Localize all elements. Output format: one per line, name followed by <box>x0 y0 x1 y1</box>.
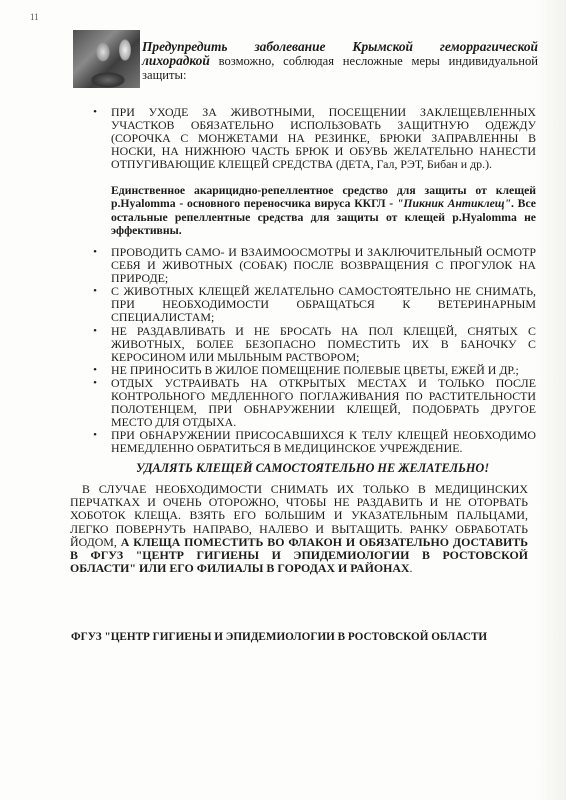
protection-list-2: •ПРОВОДИТЬ САМО- И ВЗАИМООСМОТРЫ И ЗАКЛЮ… <box>90 246 536 456</box>
organization-footer: ФГУЗ "ЦЕНТР ГИГИЕНЫ И ЭПИДЕМИОЛОГИИ В РО… <box>71 631 487 643</box>
repellent-note: Единственное акарицидно-репеллентное сре… <box>111 184 536 238</box>
warning-heading: УДАЛЯТЬ КЛЕЩЕЙ САМОСТОЯТЕЛЬНО НЕ ЖЕЛАТЕЛ… <box>136 461 456 476</box>
product-name: "Пикник Антиклещ" <box>397 197 511 210</box>
bullet-icon: • <box>90 106 100 119</box>
list-item: •С ЖИВОТНЫХ КЛЕЩЕЙ ЖЕЛАТЕЛЬНО САМОСТОЯТЕ… <box>90 285 536 324</box>
delivery-instructions: А КЛЕЩА ПОМЕСТИТЬ ВО ФЛАКОН И ОБЯЗАТЕЛЬН… <box>70 535 528 575</box>
document-page: 11 Предупредить заболевание Крымской гем… <box>0 0 566 800</box>
list-item: •НЕ РАЗДАВЛИВАТЬ И НЕ БРОСАТЬ НА ПОЛ КЛЕ… <box>90 325 536 364</box>
scan-edge-shading <box>536 0 566 800</box>
list-item: •ПРИ ОБНАРУЖЕНИИ ПРИСОСАВШИХСЯ К ТЕЛУ КЛ… <box>90 429 536 455</box>
bullet-icon: • <box>90 377 100 390</box>
bullet-icon: • <box>90 364 100 377</box>
list-item: •ПРИ УХОДЕ ЗА ЖИВОТНЫМИ, ПОСЕЩЕНИИ ЗАКЛЕ… <box>90 106 536 171</box>
corner-mark: 11 <box>30 12 39 22</box>
list-item: •ПРОВОДИТЬ САМО- И ВЗАИМООСМОТРЫ И ЗАКЛЮ… <box>90 246 536 285</box>
bullet-icon: • <box>90 325 100 338</box>
illustration-photo <box>73 30 140 88</box>
removal-instructions: В СЛУЧАЕ НЕОБХОДИМОСТИ СНИМАТЬ ИХ ТОЛЬКО… <box>70 483 528 575</box>
bullet-icon: • <box>90 285 100 298</box>
list-item: •ОТДЫХ УСТРАИВАТЬ НА ОТКРЫТЫХ МЕСТАХ И Т… <box>90 377 536 429</box>
protection-list-1: •ПРИ УХОДЕ ЗА ЖИВОТНЫМИ, ПОСЕЩЕНИИ ЗАКЛЕ… <box>90 106 536 171</box>
bullet-icon: • <box>90 429 100 442</box>
intro-paragraph: Предупредить заболевание Крымской геморр… <box>142 40 538 82</box>
bullet-icon: • <box>90 246 100 259</box>
